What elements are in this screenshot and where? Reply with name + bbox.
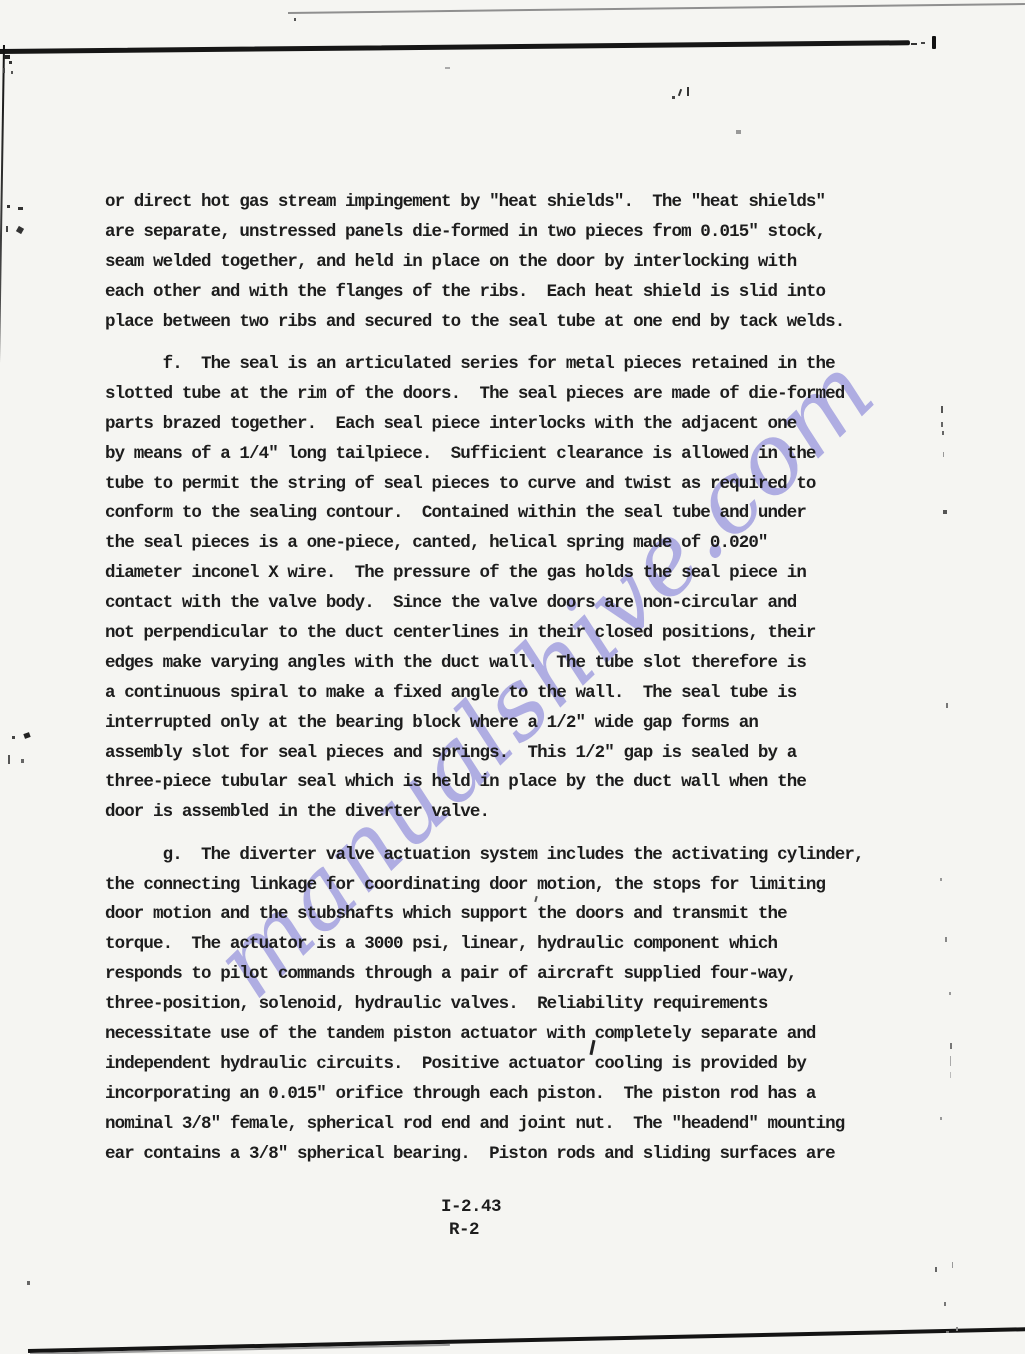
scan-speckle	[12, 736, 15, 739]
document-page: manualshive.com or direct hot gas stream…	[0, 0, 1025, 1354]
page-number: I-2.43	[441, 1197, 501, 1217]
text-line: responds to pilot commands through a pai…	[105, 960, 975, 990]
scan-speckle	[11, 71, 13, 74]
scan-speckle	[3, 68, 5, 73]
text-line: ear contains a 3/8" spherical bearing. P…	[105, 1140, 975, 1170]
text-line: three-position, solenoid, hydraulic valv…	[105, 990, 975, 1020]
scan-edge-tick	[932, 36, 936, 49]
scan-speckle	[945, 937, 947, 942]
text-line: parts brazed together. Each seal piece i…	[105, 410, 975, 440]
scan-edge-dash	[921, 42, 925, 44]
paragraph-f-seal: f. The seal is an articulated series for…	[105, 350, 975, 828]
text-line: edges make varying angles with the duct …	[105, 649, 975, 679]
scan-speckle	[949, 992, 951, 995]
scan-speckle	[942, 431, 944, 435]
text-line: diameter inconel X wire. The pressure of…	[105, 559, 975, 589]
text-line: the seal pieces is a one-piece, canted, …	[105, 529, 975, 559]
text-line: tube to permit the string of seal pieces…	[105, 470, 975, 500]
text-line: place between two ribs and secured to th…	[105, 308, 975, 338]
scan-edge-dash	[911, 43, 917, 45]
scan-speckle	[9, 61, 12, 64]
scan-speckle	[678, 89, 682, 96]
text-line: torque. The actuator is a 3000 psi, line…	[105, 930, 975, 960]
paragraph-heat-shields: or direct hot gas stream impingement by …	[105, 188, 975, 337]
text-line: not perpendicular to the duct centerline…	[105, 619, 975, 649]
scan-speckle	[956, 1327, 958, 1331]
scan-edge-line-top	[0, 40, 910, 54]
text-line: contact with the valve body. Since the v…	[105, 589, 975, 619]
scan-speckle	[445, 67, 450, 69]
scan-speckle	[23, 732, 30, 739]
scan-speckle	[941, 422, 943, 427]
text-line: three-piece tubular seal which is held i…	[105, 768, 975, 798]
text-line: seam welded together, and held in place …	[105, 248, 975, 278]
text-line: conform to the sealing contour. Containe…	[105, 499, 975, 529]
scan-speckle	[950, 1072, 951, 1078]
text-line: necessitate use of the tandem piston act…	[105, 1020, 975, 1050]
text-line: or direct hot gas stream impingement by …	[105, 188, 975, 218]
text-line: independent hydraulic circuits. Positive…	[105, 1050, 975, 1080]
text-line: interrupted only at the bearing block wh…	[105, 709, 975, 739]
scan-speckle	[294, 18, 296, 21]
revision-number: R-2	[449, 1220, 479, 1240]
scan-speckle	[21, 759, 24, 763]
scan-speckle	[952, 1262, 953, 1268]
text-line: f. The seal is an articulated series for…	[105, 350, 975, 380]
scan-speckle	[16, 226, 24, 234]
scan-speckle	[950, 1043, 952, 1049]
scan-speckle	[27, 1281, 30, 1285]
scan-speckle	[943, 452, 944, 457]
text-line: incorporating an 0.015" orifice through …	[105, 1080, 975, 1110]
text-line: door is assembled in the diverter valve.	[105, 798, 975, 828]
scan-speckle	[941, 406, 943, 413]
scan-speckle	[950, 1056, 951, 1066]
text-line: the connecting linkage for coordinating …	[105, 871, 975, 901]
text-line: by means of a 1/4" long tailpiece. Suffi…	[105, 440, 975, 470]
scan-speckle	[672, 96, 675, 99]
scan-speckle	[736, 130, 741, 134]
text-line: slotted tube at the rim of the doors. Th…	[105, 380, 975, 410]
scan-speckle	[6, 226, 8, 232]
document-body: or direct hot gas stream impingement by …	[105, 188, 975, 1170]
scan-speckle	[946, 703, 948, 708]
text-line: each other and with the flanges of the r…	[105, 278, 975, 308]
scan-edge-line-left	[0, 45, 5, 1260]
scan-speckle	[940, 1117, 942, 1120]
scan-speckle	[935, 1267, 937, 1272]
scan-speckle	[8, 755, 10, 764]
text-line: assembly slot for seal pieces and spring…	[105, 739, 975, 769]
scan-speckle	[18, 207, 23, 210]
scan-speckle	[7, 205, 10, 208]
paragraph-g-actuation: g. The diverter valve actuation system i…	[105, 841, 975, 1170]
text-line: g. The diverter valve actuation system i…	[105, 841, 975, 871]
scan-speckle	[940, 878, 942, 881]
text-line: are separate, unstressed panels die-form…	[105, 218, 975, 248]
scan-speckle	[687, 87, 689, 96]
scan-speckle	[4, 55, 10, 59]
text-line: door motion and the stubshafts which sup…	[105, 900, 975, 930]
scan-speckle	[944, 1302, 946, 1306]
scan-speckle	[946, 1331, 949, 1333]
text-line: a continuous spiral to make a fixed angl…	[105, 679, 975, 709]
scan-speckle	[943, 510, 947, 514]
text-line: nominal 3/8" female, spherical rod end a…	[105, 1110, 975, 1140]
scan-edge-line-top-thin	[288, 3, 1025, 14]
